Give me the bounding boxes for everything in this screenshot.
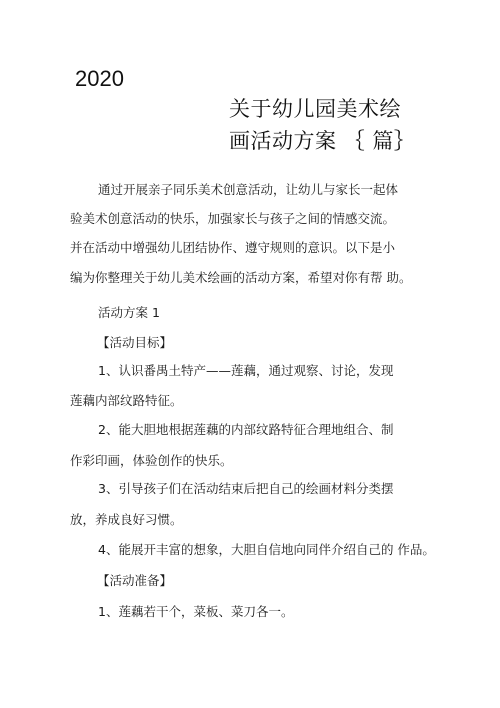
paragraph-line: 验美术创意活动的快乐，加强家长与孩子之间的情感交流。 xyxy=(70,211,395,227)
list-item: 3、引导孩子们在活动结束后把自己的绘画材料分类摆 xyxy=(98,481,393,497)
paragraph-line: 编为你整理关于幼儿美术绘画的活动方案，希望对你有帮 助。 xyxy=(70,270,411,286)
document-title: 关于幼儿园美术绘 画活动方案 ｛ 篇｝ xyxy=(229,93,415,157)
paragraph-line: 通过开展亲子同乐美术创意活动，让幼儿与家长一起体 xyxy=(98,182,398,198)
paragraph-line: 并在活动中增强幼儿团结协作、遵守规则的意识。以下是小 xyxy=(70,240,395,256)
list-item: 1、认识番禺土特产——莲藕，通过观察、讨论，发现 xyxy=(98,363,393,379)
title-line-1: 关于幼儿园美术绘 xyxy=(229,93,415,125)
subsection-heading: 【活动目标】 xyxy=(97,335,172,351)
title-line-2: 画活动方案 ｛ 篇｝ xyxy=(229,125,415,157)
list-item: 4、能展开丰富的想象，大胆自信地向同伴介绍自己的 作品。 xyxy=(98,542,435,558)
list-item: 1、莲藕若干个，菜板、菜刀各一。 xyxy=(98,604,293,620)
list-item-continuation: 莲藕内部纹路特征。 xyxy=(70,393,183,409)
list-item-continuation: 作彩印画，体验创作的快乐。 xyxy=(70,453,233,469)
document-page: 2020 关于幼儿园美术绘 画活动方案 ｛ 篇｝ 通过开展亲子同乐美术创意活动，… xyxy=(0,0,500,708)
section-heading: 活动方案 1 xyxy=(98,305,160,321)
document-year: 2020 xyxy=(75,66,124,92)
list-item-continuation: 放，养成良好习惯。 xyxy=(70,512,183,528)
list-item: 2、能大胆地根据莲藕的内部纹路特征合理地组合、制 xyxy=(98,422,393,438)
subsection-heading: 【活动准备】 xyxy=(97,573,172,589)
